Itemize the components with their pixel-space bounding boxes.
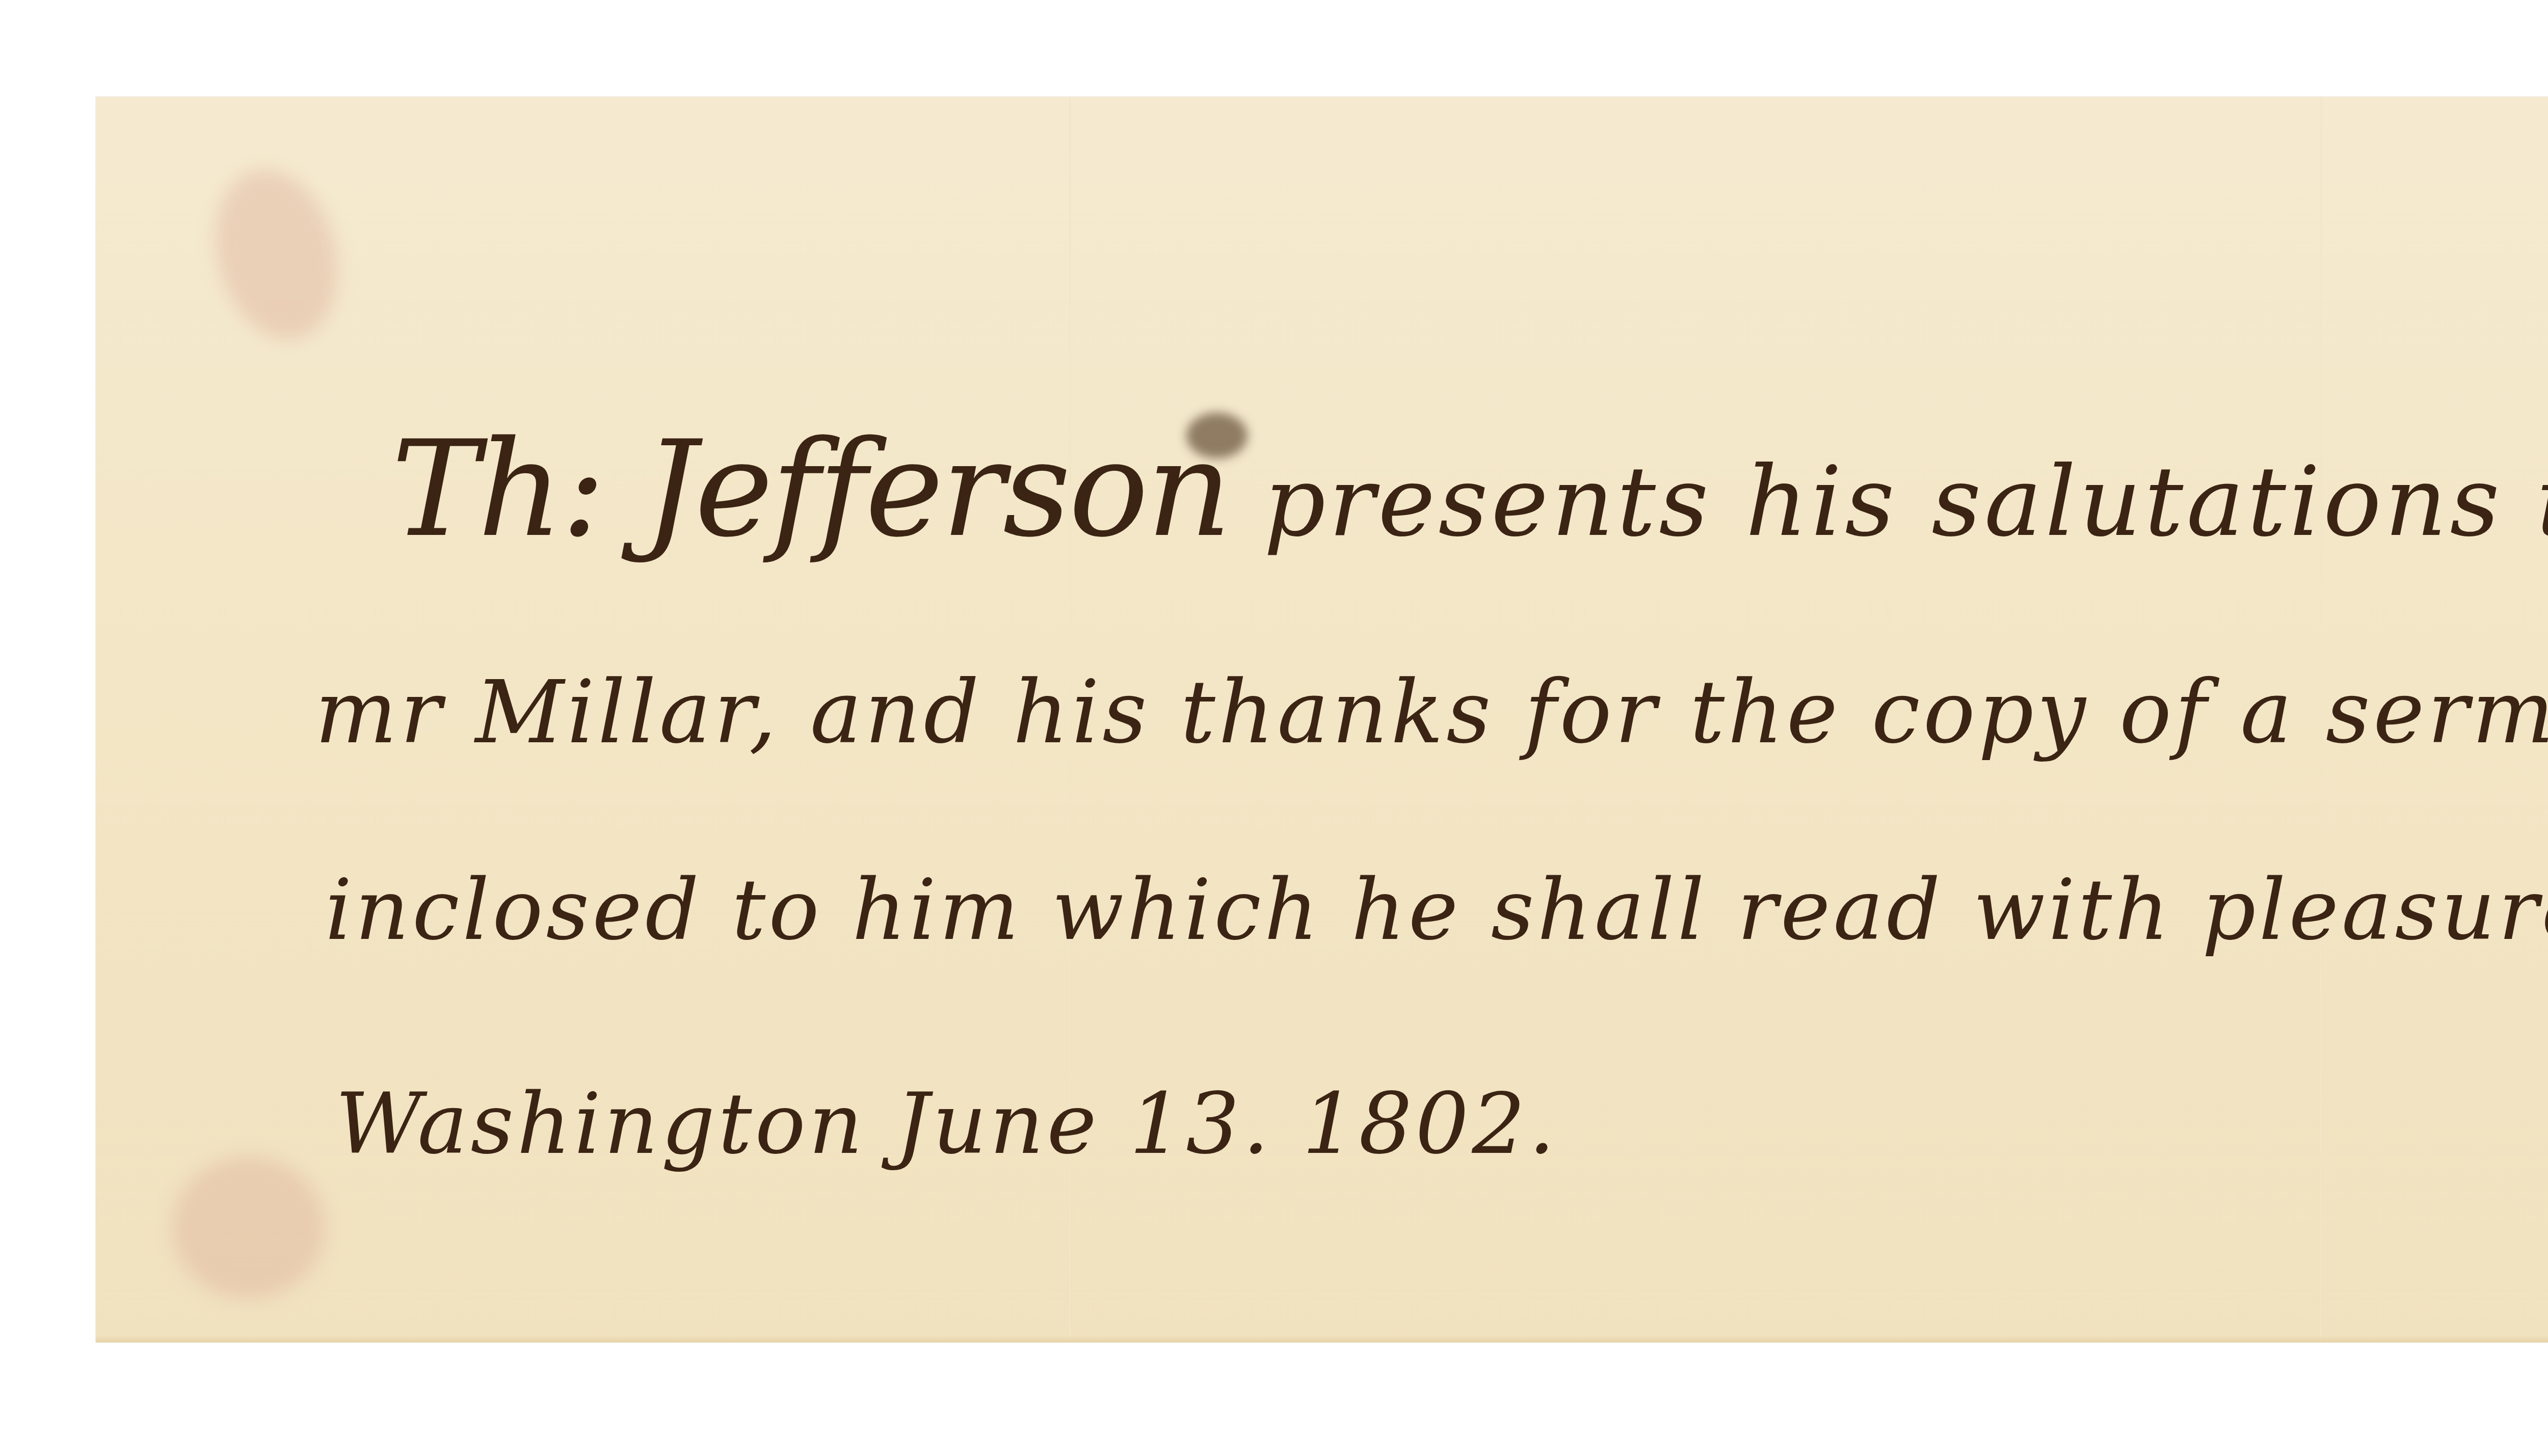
paper-edge	[96, 1335, 2548, 1342]
stain	[172, 1156, 325, 1299]
manuscript-line-1: Th: Jefferson presents his salutations t…	[391, 413, 2548, 567]
manuscript-paper: Th: Jefferson presents his salutations t…	[96, 97, 2548, 1342]
signature: Th: Jefferson	[391, 413, 1230, 567]
line-text: presents his salutations to the rev	[1264, 445, 2548, 558]
dateline: Washington June 13. 1802.	[335, 1075, 1558, 1173]
stain	[198, 156, 356, 354]
manuscript-line-3: inclosed to him which he shall read with…	[325, 861, 2548, 959]
manuscript-line-2: mr Millar, and his thanks for the copy o…	[315, 662, 2548, 763]
